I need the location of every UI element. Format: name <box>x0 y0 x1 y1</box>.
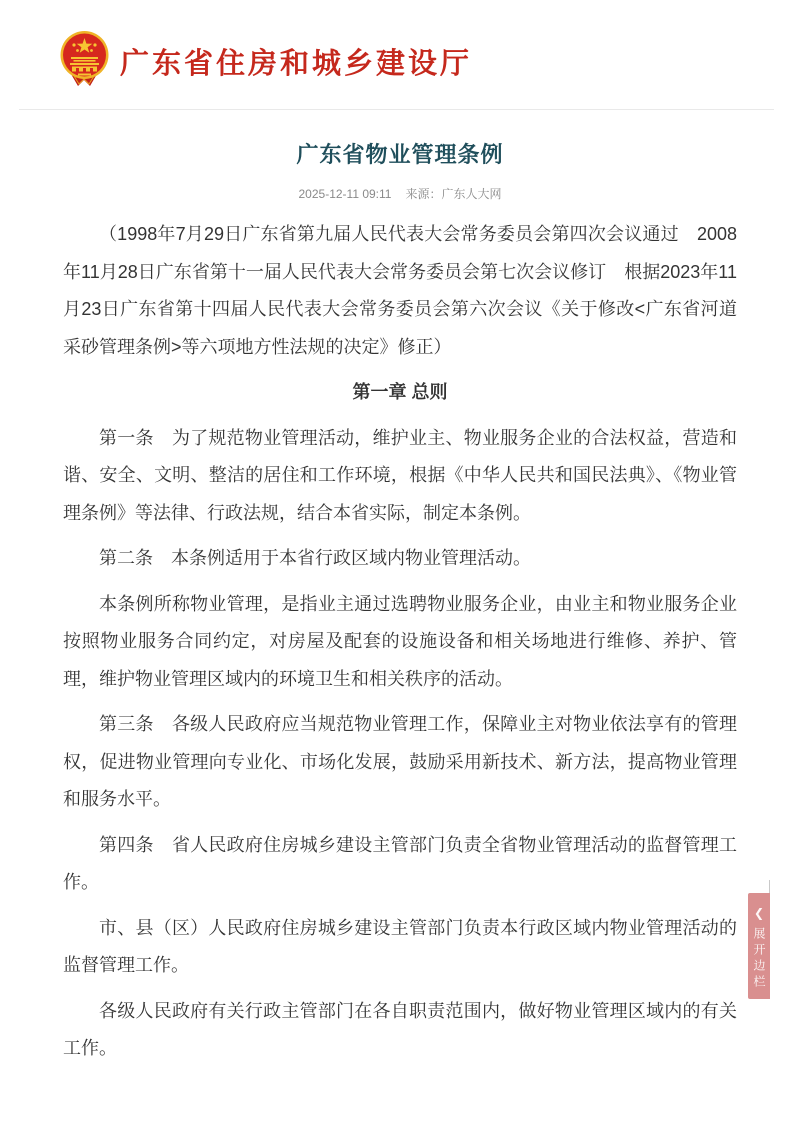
source-name: 广东人大网 <box>441 187 501 201</box>
article: 广东省物业管理条例 2025-12-11 09:11来源：广东人大网 （1998… <box>0 110 793 1128</box>
article-paragraph: 市、县（区）人民政府住房城乡建设主管部门负责本行政区域内物业管理活动的监督管理工… <box>63 910 737 985</box>
publish-datetime: 2025-12-11 09:11 <box>299 187 392 201</box>
expand-sidebar-label: 展开边栏 <box>753 927 765 991</box>
article-paragraph: 第二条 本条例适用于本省行政区域内物业管理活动。 <box>63 540 737 578</box>
expand-sidebar-button[interactable]: ❮ 展开边栏 <box>748 893 770 999</box>
sidebar-edge-line <box>769 880 770 894</box>
article-paragraph: 第一条 为了规范物业管理活动，维护业主、物业服务企业的合法权益，营造和谐、安全、… <box>63 420 737 533</box>
article-meta: 2025-12-11 09:11来源：广东人大网 <box>63 185 737 202</box>
site-name: 广东省住房和城乡建设厅 <box>120 41 472 82</box>
article-paragraph: 各级人民政府有关行政主管部门在各自职责范围内，做好物业管理区域内的有关工作。 <box>63 993 737 1068</box>
source-label: 来源： <box>405 187 441 201</box>
article-content: （1998年7月29日广东省第九届人民代表大会常务委员会第四次会议通过 2008… <box>63 216 737 1068</box>
chevron-left-icon: ❮ <box>754 907 764 919</box>
national-emblem-icon <box>57 30 112 93</box>
side-tab-container: ❮ 展开边栏 <box>748 893 770 999</box>
site-masthead[interactable]: 广东省住房和城乡建设厅 <box>0 0 793 109</box>
article-paragraph: 第三条 各级人民政府应当规范物业管理工作，保障业主对物业依法享有的管理权，促进物… <box>63 706 737 819</box>
article-paragraph: （1998年7月29日广东省第九届人民代表大会常务委员会第四次会议通过 2008… <box>63 216 737 366</box>
chapter-heading: 第一章 总则 <box>63 374 737 412</box>
article-paragraph: 本条例所称物业管理，是指业主通过选聘物业服务企业，由业主和物业服务企业按照物业服… <box>63 586 737 699</box>
article-paragraph: 第四条 省人民政府住房城乡建设主管部门负责全省物业管理活动的监督管理工作。 <box>63 827 737 902</box>
article-title: 广东省物业管理条例 <box>63 138 737 169</box>
